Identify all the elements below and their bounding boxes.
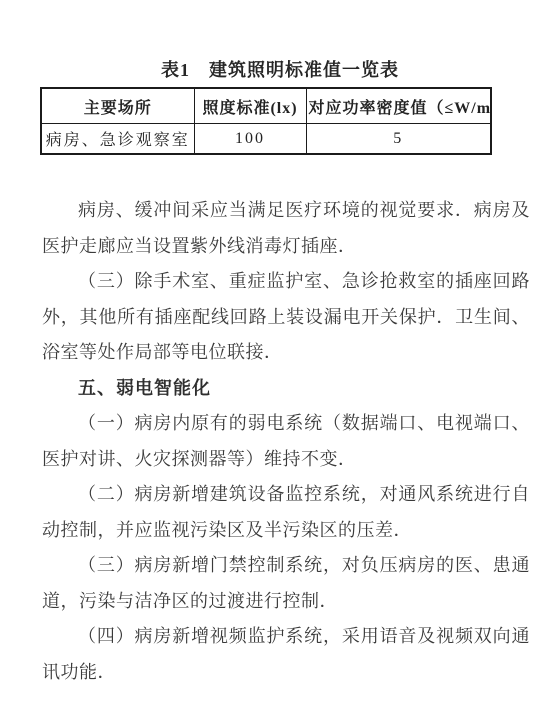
paragraph-lighting-requirements: 病房、缓冲间采应当满足医疗环境的视觉要求．病房及医护走廊应当设置紫外线消毒灯插座… [42,193,530,264]
paragraph-building-monitoring: （二）病房新增建筑设备监控系统，对通风系统进行自动控制，并应监视污染区及半污染区… [42,477,530,548]
cell-illuminance: 100 [194,124,306,155]
cell-power-density: 5 [306,124,491,155]
cell-place: 病房、急诊观察室 [41,124,194,155]
body-text-section: 病房、缓冲间采应当满足医疗环境的视觉要求．病房及医护走廊应当设置紫外线消毒灯插座… [42,193,530,690]
table-row: 病房、急诊观察室 100 5 [41,124,491,155]
paragraph-existing-systems: （一）病房内原有的弱电系统（数据端口、电视端口、医护对讲、火灾探测器等）维持不变… [42,406,530,477]
column-header-place: 主要场所 [41,88,194,124]
paragraph-video-monitoring: （四）病房新增视频监护系统，采用语音及视频双向通讯功能． [42,619,530,690]
lighting-standards-table: 主要场所 照度标准(lx) 对应功率密度值（≤W/m²） 病房、急诊观察室 10… [40,87,492,155]
paragraph-socket-circuits: （三）除手术室、重症监护室、急诊抢救室的插座回路外，其他所有插座配线回路上装设漏… [42,264,530,371]
table-caption: 表1 建筑照明标准值一览表 [0,58,560,82]
document-page: 表1 建筑照明标准值一览表 主要场所 照度标准(lx) 对应功率密度值（≤W/m… [0,0,560,716]
paragraph-access-control: （三）病房新增门禁控制系统，对负压病房的医、患通道，污染与洁净区的过渡进行控制． [42,548,530,619]
column-header-illuminance: 照度标准(lx) [194,88,306,124]
table-header-row: 主要场所 照度标准(lx) 对应功率密度值（≤W/m²） [41,88,491,124]
column-header-power-density: 对应功率密度值（≤W/m²） [306,88,491,124]
section-heading-weak-current: 五、弱电智能化 [42,371,530,407]
